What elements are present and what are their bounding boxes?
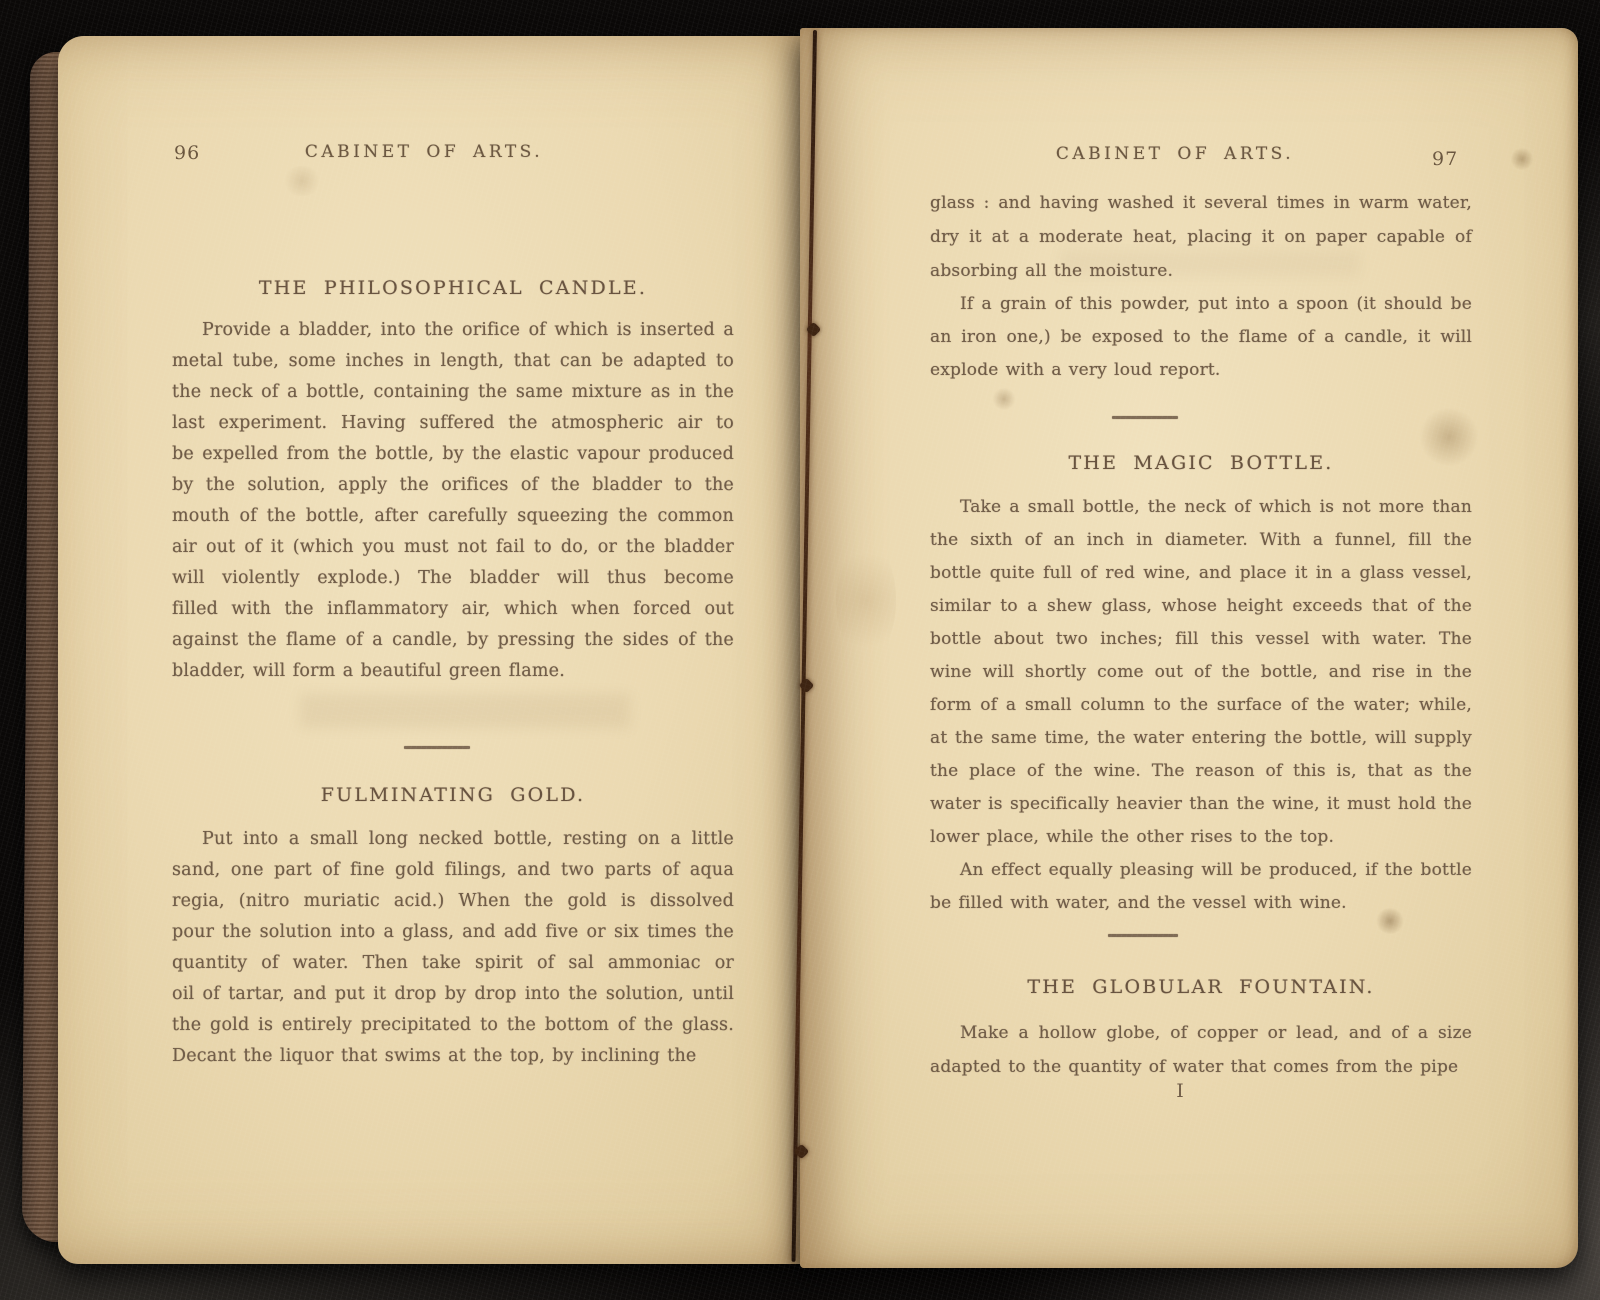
text-line: bottle about two inches; fill this vesse… [930, 623, 1472, 656]
text-line: will violently explode.) The bladder wil… [172, 563, 734, 594]
text-line: form of a small column to the surface of… [930, 689, 1472, 722]
text-line: quantity of water. Then take spirit of s… [172, 948, 734, 979]
text-line: the gold is entirely precipitated to the… [172, 1010, 734, 1041]
text-line: mouth of the bottle, after carefully squ… [172, 501, 734, 532]
text-line: pour the solution into a glass, and add … [172, 917, 734, 948]
text-line: against the flame of a candle, by pressi… [172, 625, 734, 656]
paragraph: Make a hollow globe, of copper or lead, … [930, 1016, 1472, 1084]
paragraph: glass : and having washed it several tim… [930, 186, 1472, 288]
text-line: bottle quite full of red wine, and place… [930, 557, 1472, 590]
text-line: bladder, will form a beautiful green fla… [172, 656, 734, 687]
right-page-number: 97 [1432, 148, 1458, 170]
text-line: dry it at a moderate heat, placing it on… [930, 220, 1472, 254]
section-divider-rule [1112, 416, 1178, 419]
text-line: water is specifically heavier than the w… [930, 788, 1472, 821]
text-line: oil of tartar, and put it drop by drop i… [172, 979, 734, 1010]
section-divider-rule [404, 746, 470, 749]
text-line: metal tube, some inches in length, that … [172, 346, 734, 377]
text-line: the neck of a bottle, containing the sam… [172, 377, 734, 408]
text-line: at the same time, the water entering the… [930, 722, 1472, 755]
text-line: air out of it (which you must not fail t… [172, 532, 734, 563]
text-line: sand, one part of fine gold filings, and… [172, 855, 734, 886]
text-line: regia, (nitro muriatic acid.) When the g… [172, 886, 734, 917]
text-line: Put into a small long necked bottle, res… [172, 824, 734, 855]
text-line: Decant the liquor that swims at the top,… [172, 1041, 734, 1072]
section-heading-philosophical-candle: THE PHILOSOPHICAL CANDLE. [172, 277, 734, 299]
text-line: an iron one,) be exposed to the flame of… [930, 321, 1472, 354]
text-line: lower place, while the other rises to th… [930, 821, 1472, 854]
text-line: Provide a bladder, into the orifice of w… [172, 315, 734, 346]
paragraph: Provide a bladder, into the orifice of w… [172, 315, 734, 687]
text-line: last experiment. Having suffered the atm… [172, 408, 734, 439]
text-line: be expelled from the bottle, by the elas… [172, 439, 734, 470]
text-line: similar to a shew glass, whose height ex… [930, 590, 1472, 623]
text-line: explode with a very loud report. [930, 354, 1472, 387]
text-line: the place of the wine. The reason of thi… [930, 755, 1472, 788]
section-heading-globular-fountain: THE GLOBULAR FOUNTAIN. [930, 976, 1472, 998]
signature-mark: I [930, 1080, 1430, 1102]
text-line: adapted to the quantity of water that co… [930, 1050, 1472, 1084]
text-line: absorbing all the moisture. [930, 254, 1472, 288]
paragraph: If a grain of this powder, put into a sp… [930, 288, 1472, 387]
text-line: glass : and having washed it several tim… [930, 186, 1472, 220]
section-divider-rule [1108, 934, 1178, 937]
text-line: filled with the inflammatory air, which … [172, 594, 734, 625]
text-line: wine will shortly come out of the bottle… [930, 656, 1472, 689]
text-line: the sixth of an inch in diameter. With a… [930, 524, 1472, 557]
paragraph: An effect equally pleasing will be produ… [930, 854, 1472, 920]
text-line: Make a hollow globe, of copper or lead, … [930, 1016, 1472, 1050]
text-line: Take a small bottle, the neck of which i… [930, 491, 1472, 524]
text-line: If a grain of this powder, put into a sp… [930, 288, 1472, 321]
paragraph: Put into a small long necked bottle, res… [172, 824, 734, 1072]
right-running-head: CABINET OF ARTS. [930, 144, 1420, 164]
text-line: An effect equally pleasing will be produ… [930, 854, 1472, 887]
text-line: by the solution, apply the orifices of t… [172, 470, 734, 501]
section-heading-magic-bottle: THE MAGIC BOTTLE. [930, 452, 1472, 474]
section-heading-fulminating-gold: FULMINATING GOLD. [172, 784, 734, 806]
paragraph: Take a small bottle, the neck of which i… [930, 491, 1472, 854]
text-line: be filled with water, and the vessel wit… [930, 887, 1472, 920]
left-running-head: CABINET OF ARTS. [174, 142, 674, 162]
book-photo: 96 CABINET OF ARTS. THE PHILOSOPHICAL CA… [0, 0, 1600, 1300]
